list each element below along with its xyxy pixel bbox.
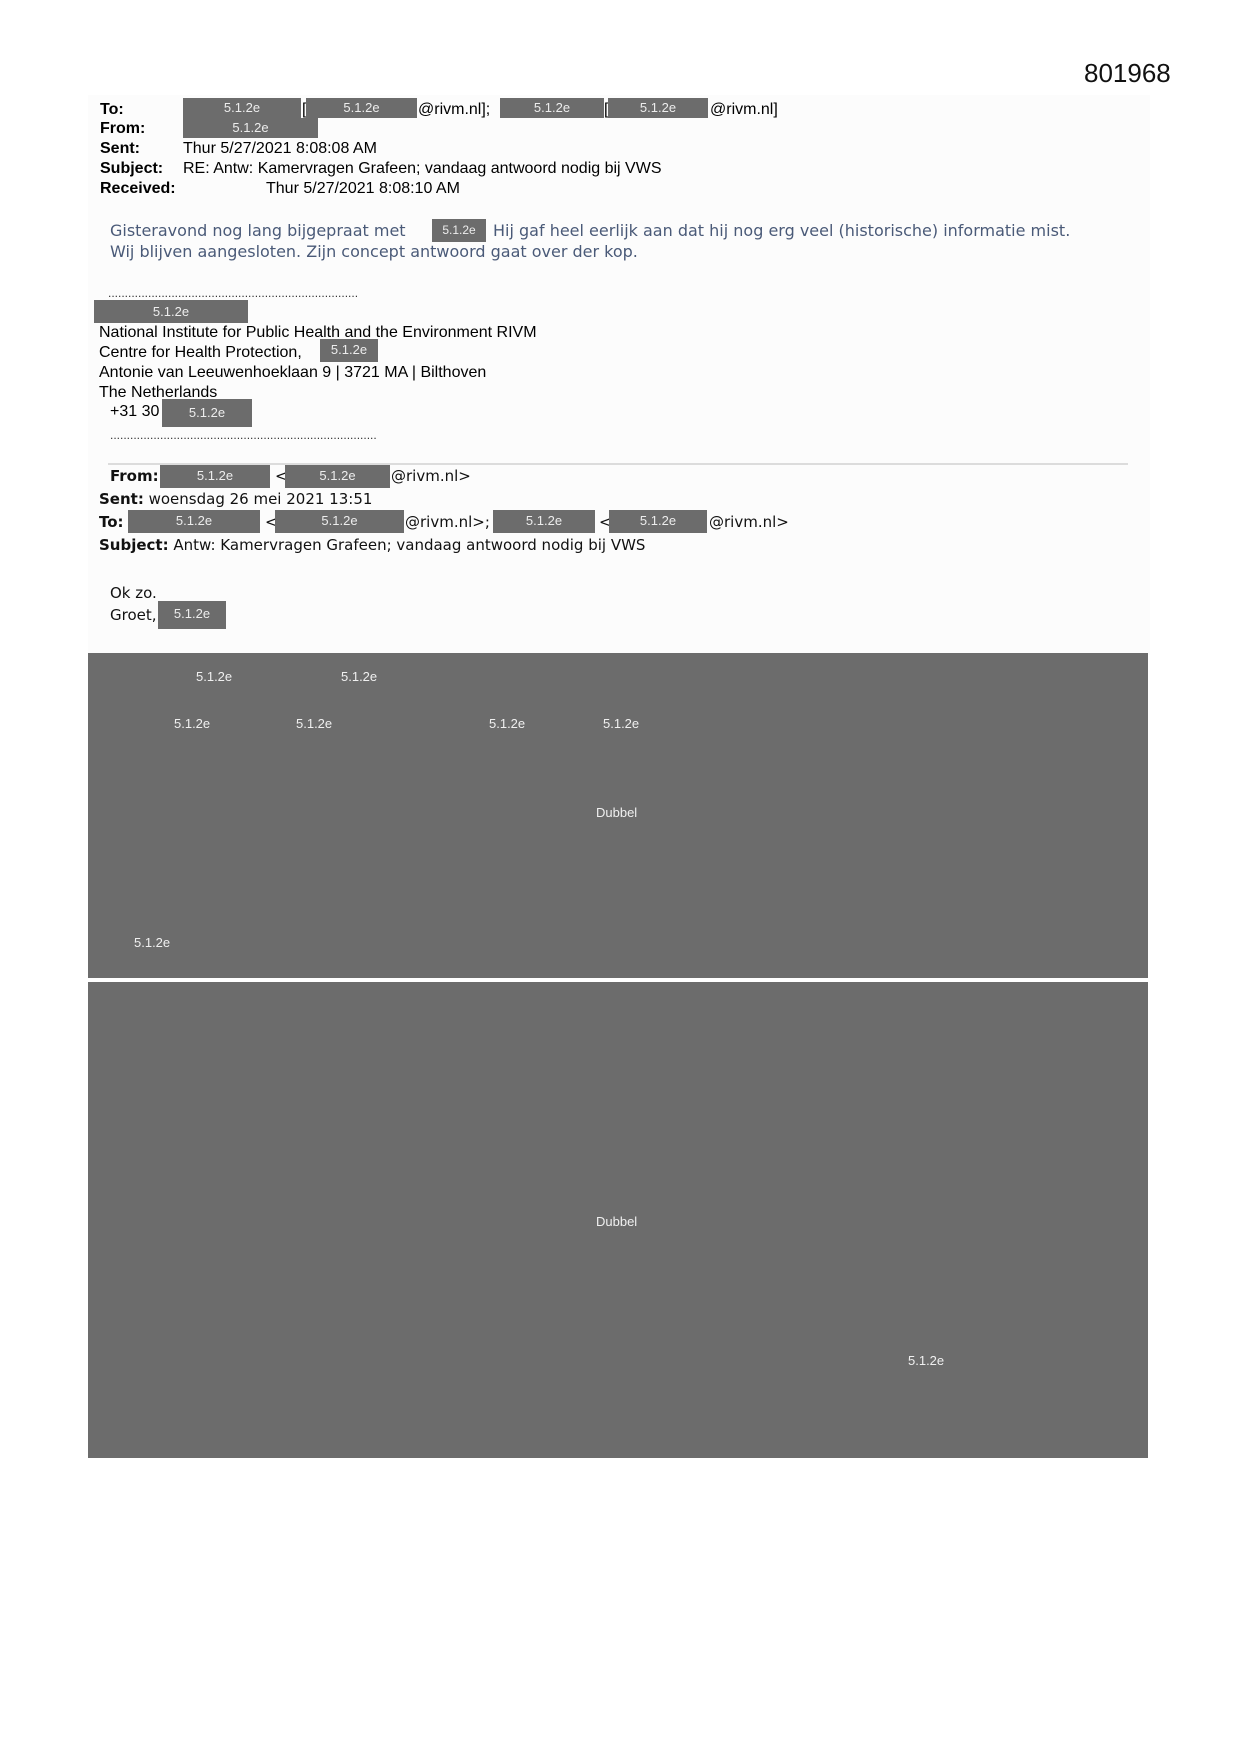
redaction-code: 5.1.2e bbox=[196, 669, 232, 684]
received-label: Received: bbox=[100, 179, 176, 199]
redaction: 5.1.2e bbox=[306, 98, 417, 118]
quoted-body-line-1: Ok zo. bbox=[110, 583, 157, 603]
signature-phone-prefix: +31 30 bbox=[110, 402, 159, 422]
body-line-2: Wij blijven aangesloten. Zijn concept an… bbox=[110, 241, 638, 262]
sent-value: Thur 5/27/2021 8:08:08 AM bbox=[183, 139, 377, 159]
from-label: From: bbox=[110, 467, 159, 485]
to-address-suffix: @rivm.nl] bbox=[710, 100, 778, 120]
dotted-separator: ........................................… bbox=[108, 286, 468, 300]
received-value: Thur 5/27/2021 8:08:10 AM bbox=[266, 179, 460, 199]
redaction-code: 5.1.2e bbox=[341, 669, 377, 684]
redaction: 5.1.2e bbox=[500, 98, 604, 118]
redaction-code: 5.1.2e bbox=[134, 935, 170, 950]
quoted-body-line-2: Groet, bbox=[110, 605, 157, 625]
redaction: 5.1.2e bbox=[320, 339, 378, 362]
redaction: 5.1.2e bbox=[158, 601, 226, 629]
redaction: 5.1.2e bbox=[183, 98, 301, 118]
to-label: To: bbox=[100, 100, 124, 120]
redaction: 5.1.2e bbox=[160, 465, 270, 488]
from-address-suffix: @rivm.nl> bbox=[391, 466, 471, 486]
sent-label: Sent: bbox=[99, 490, 144, 508]
redaction-code: 5.1.2e bbox=[908, 1353, 944, 1368]
subject-value: RE: Antw: Kamervragen Grafeen; vandaag a… bbox=[183, 159, 661, 179]
dotted-separator: ........................................… bbox=[110, 428, 472, 442]
signature-org: National Institute for Public Health and… bbox=[99, 323, 537, 343]
subject-label: Subject: bbox=[100, 159, 163, 179]
redaction-code: 5.1.2e bbox=[489, 716, 525, 731]
redaction: 5.1.2e bbox=[608, 98, 708, 118]
redaction-reason-label: Dubbel bbox=[596, 805, 637, 820]
redaction: 5.1.2e bbox=[285, 465, 390, 488]
body-line-1-pre: Gisteravond nog lang bijgepraat met bbox=[110, 220, 406, 241]
redaction: 5.1.2e bbox=[493, 510, 595, 533]
redaction: 5.1.2e bbox=[183, 118, 318, 138]
to-address-suffix: @rivm.nl> bbox=[709, 512, 789, 532]
redaction-code: 5.1.2e bbox=[296, 716, 332, 731]
subject-value: Antw: Kamervragen Grafeen; vandaag antwo… bbox=[173, 536, 645, 554]
subject-label: Subject: bbox=[99, 536, 169, 554]
redaction: 5.1.2e bbox=[162, 399, 252, 427]
document-number: 801968 bbox=[1084, 58, 1171, 89]
signature-address: Antonie van Leeuwenhoeklaan 9 | 3721 MA … bbox=[99, 363, 486, 383]
redaction-code: 5.1.2e bbox=[174, 716, 210, 731]
redaction: 5.1.2e bbox=[94, 300, 248, 323]
redaction-reason-label: Dubbel bbox=[596, 1214, 637, 1229]
body-line-1-post: Hij gaf heel eerlijk aan dat hij nog erg… bbox=[493, 220, 1070, 241]
sent-value: woensdag 26 mei 2021 13:51 bbox=[149, 490, 373, 508]
redaction-code: 5.1.2e bbox=[603, 716, 639, 731]
to-address-suffix: @rivm.nl>; bbox=[405, 512, 490, 532]
from-label: From: bbox=[100, 119, 145, 139]
redaction: 5.1.2e bbox=[432, 219, 486, 242]
redacted-block-2: Dubbel 5.1.2e bbox=[88, 982, 1148, 1458]
sent-label: Sent: bbox=[100, 139, 140, 159]
redacted-block-1: 5.1.2e 5.1.2e 5.1.2e 5.1.2e 5.1.2e 5.1.2… bbox=[88, 653, 1148, 978]
redaction: 5.1.2e bbox=[128, 510, 260, 533]
to-address-suffix: @rivm.nl]; bbox=[418, 100, 490, 120]
redaction: 5.1.2e bbox=[275, 510, 404, 533]
to-label: To: bbox=[99, 513, 124, 531]
redaction: 5.1.2e bbox=[609, 510, 707, 533]
signature-centre: Centre for Health Protection, bbox=[99, 343, 302, 363]
